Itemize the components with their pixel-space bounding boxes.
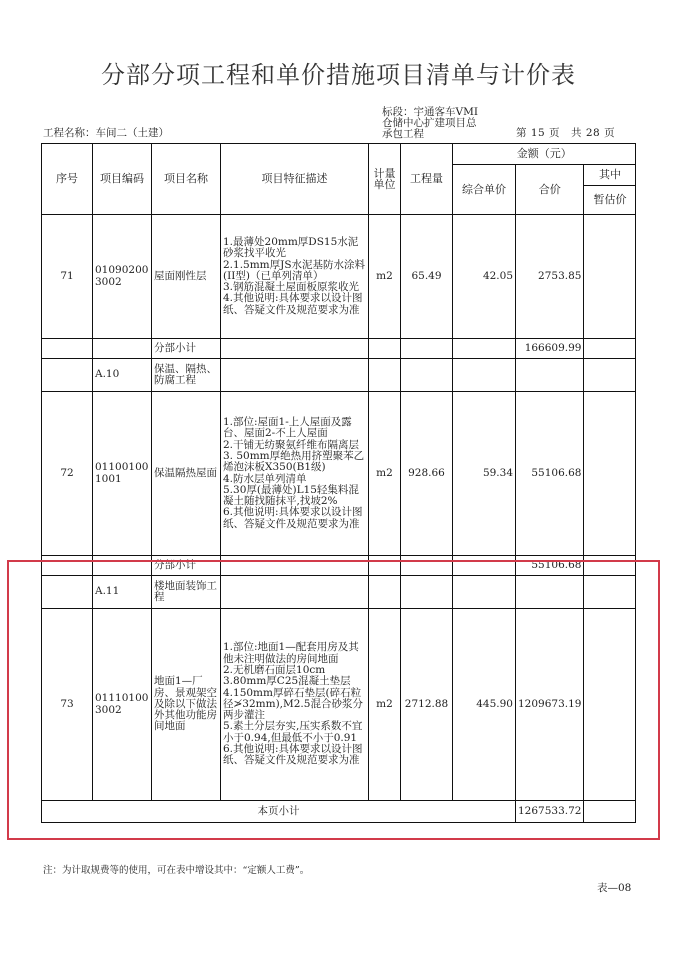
row-total: 2753.85 <box>516 215 584 339</box>
row-unit-price: 59.34 <box>453 392 516 556</box>
row-provisional <box>584 215 636 339</box>
page-total-label: 本页小计 <box>42 801 516 823</box>
table-row: 71 010902003002 屋面刚性层 1.最薄处20mm厚DS15水泥砂浆… <box>42 215 636 339</box>
project-name: 工程名称：车间二（土建） <box>43 125 169 140</box>
footnote: 注：为计取规费等的使用，可在表中增设其中：“定额人工费”。 <box>43 862 309 876</box>
table-row: 72 011001001001 保温隔热屋面 1.部位:屋面1-上人屋面及露台、… <box>42 392 636 556</box>
row-unit: m2 <box>369 609 401 801</box>
section-name: 楼地面装饰工程 <box>152 576 221 609</box>
row-provisional <box>584 609 636 801</box>
header-unit-price: 综合单价 <box>453 165 516 215</box>
header-name: 项目名称 <box>152 144 221 215</box>
form-number: 表—08 <box>597 880 631 895</box>
header-desc: 项目特征描述 <box>221 144 369 215</box>
row-qty: 65.49 <box>401 215 453 339</box>
row-seq: 71 <box>42 215 93 339</box>
header-unit: 计量单位 <box>369 144 401 215</box>
subtotal-row: 分部小计 166609.99 <box>42 339 636 359</box>
row-desc: 1.部位:屋面1-上人屋面及露台、屋面2-不上人屋面 2.干铺无纺聚氨纤维布隔离… <box>221 392 369 556</box>
subtotal-label: 分部小计 <box>152 339 221 359</box>
header-of-which: 其中 <box>584 165 636 186</box>
section-row: A.10 保温、隔热、防腐工程 <box>42 359 636 392</box>
row-unit: m2 <box>369 215 401 339</box>
subtotal-value: 55106.68 <box>516 556 584 576</box>
row-unit: m2 <box>369 392 401 556</box>
row-name: 地面1—厂房、景观架空及除以下做法外其他功能房间地面 <box>152 609 221 801</box>
row-name: 屋面刚性层 <box>152 215 221 339</box>
row-code: 011101003002 <box>93 609 152 801</box>
row-provisional <box>584 392 636 556</box>
row-seq: 73 <box>42 609 93 801</box>
section-line: 承包工程 <box>382 129 492 140</box>
row-seq: 72 <box>42 392 93 556</box>
row-name: 保温隔热屋面 <box>152 392 221 556</box>
subtotal-label: 分部小计 <box>152 556 221 576</box>
bill-of-quantities-table: 序号 项目编码 项目名称 项目特征描述 计量单位 工程量 金额（元） 综合单价 … <box>41 143 636 823</box>
row-desc: 1.最薄处20mm厚DS15水泥砂浆找平收光 2.1.5mm厚JS水泥基防水涂料… <box>221 215 369 339</box>
header-seq: 序号 <box>42 144 93 215</box>
header-total: 合价 <box>516 165 584 215</box>
section-code: A.10 <box>93 359 152 392</box>
row-desc: 1.部位:地面1—配套用房及其他未注明做法的房间地面 2.无机磨石面层10cm … <box>221 609 369 801</box>
row-qty: 928.66 <box>401 392 453 556</box>
row-code: 011001001001 <box>93 392 152 556</box>
header-row: 序号 项目编码 项目名称 项目特征描述 计量单位 工程量 金额（元） <box>42 144 636 165</box>
section-code: A.11 <box>93 576 152 609</box>
subtotal-row: 分部小计 55106.68 <box>42 556 636 576</box>
header-amount: 金额（元） <box>453 144 636 165</box>
page-title: 分部分项工程和单价措施项目清单与计价表 <box>0 55 677 90</box>
row-code: 010902003002 <box>93 215 152 339</box>
header-qty: 工程量 <box>401 144 453 215</box>
header-code: 项目编码 <box>93 144 152 215</box>
table-row: 73 011101003002 地面1—厂房、景观架空及除以下做法外其他功能房间… <box>42 609 636 801</box>
row-total: 1209673.19 <box>516 609 584 801</box>
section-label: 标段：宇通客车VMI 仓储中心扩建项目总 承包工程 <box>382 107 492 140</box>
row-unit-price: 445.90 <box>453 609 516 801</box>
page-total-row: 本页小计 1267533.72 <box>42 801 636 823</box>
page-total-value: 1267533.72 <box>516 801 584 823</box>
row-qty: 2712.88 <box>401 609 453 801</box>
row-total: 55106.68 <box>516 392 584 556</box>
subtotal-value: 166609.99 <box>516 339 584 359</box>
header-provisional: 暂估价 <box>584 186 636 215</box>
row-unit-price: 42.05 <box>453 215 516 339</box>
section-row: A.11 楼地面装饰工程 <box>42 576 636 609</box>
section-name: 保温、隔热、防腐工程 <box>152 359 221 392</box>
page-info: 第 15 页 共 28 页 <box>516 125 615 140</box>
